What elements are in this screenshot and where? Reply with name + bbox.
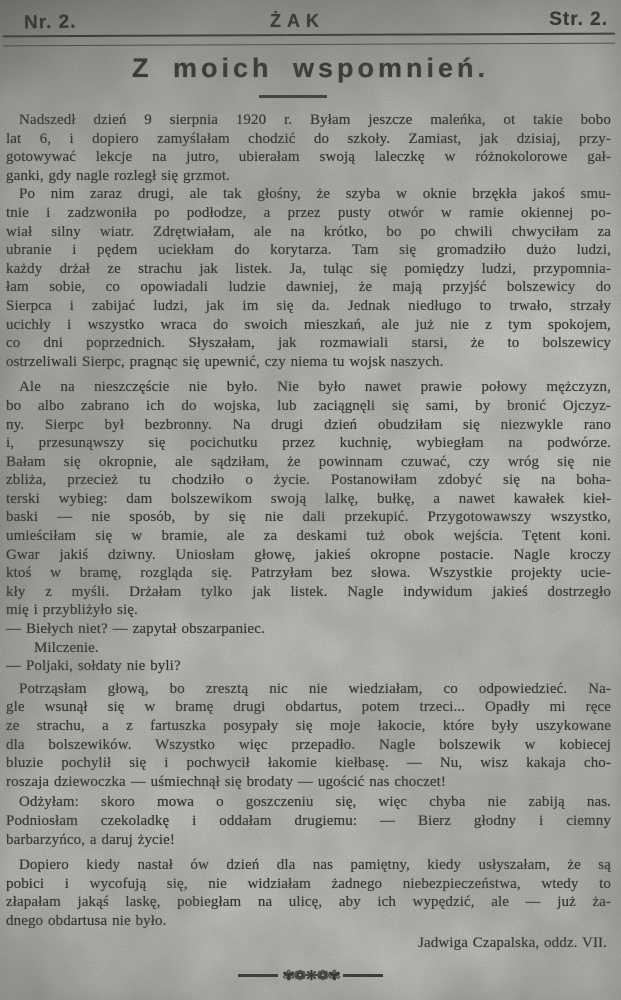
paragraph-line: mię i przybliżyło się. [6,601,611,620]
paragraph-line: ze strachu, a z fartuszka posypały się m… [6,717,611,736]
paragraph-line: Potrząsłam głową, bo zresztą nic nie wie… [6,680,611,699]
paragraph-line: — Poljaki, sołdaty nie byli? [6,657,611,676]
paragraph-line: barbarzyńco, a daruj życie! [6,831,611,850]
paragraph-line: baski — nie sposób, by się nie dali prze… [6,508,611,527]
header-divider [3,33,615,47]
paragraph-line: Bałam się okropnie, ale sądziłam, że pow… [6,453,611,472]
paragraph: Ale na nieszczęście nie było. Nie było n… [6,378,611,620]
ornament-left-dash [238,974,278,977]
paragraph: Po nim zaraz drugi, ale tak głośny, że s… [6,185,611,371]
footer-ornament: ✾❁❋❁✾ [0,966,621,985]
paragraph-line: zbliża, przecież tu chodziło o życie. Po… [6,471,611,490]
paragraph-line: kły z myśli. Drżałam tylko jak listek. N… [6,583,611,602]
paragraph-line: Po nim zaraz drugi, ale tak głośny, że s… [6,185,611,204]
ornament-flourish-icon: ✾❁❋❁✾ [282,967,339,983]
ornament-right-dash [343,974,383,977]
paragraph-line: gle wsunął się w bramę drugi obdartus, p… [6,698,611,717]
paragraph-line: dla bolszewików. Wszystko więc przepadło… [6,736,611,755]
paragraph: Potrząsłam głową, bo zresztą nic nie wie… [6,680,611,792]
paragraph-line: lat 6, i dopiero zamyślałam chodzić do s… [6,130,611,149]
paragraph: Milczenie. [6,639,611,658]
masthead-title: ŻAK [0,11,595,32]
author-signature: Jadwiga Czapalska, oddz. VII. [6,935,611,952]
page-number: Str. 2. [549,9,608,31]
paragraph-line: ktoś w bramę, rozgląda się. Patrzyłam be… [6,564,611,583]
paragraph-line: ganki, gdy nagle rozległ się grzmot. [6,167,611,186]
paragraph-line: dnego obdartusa nie było. [6,912,611,931]
paragraph-line: Podniosłam czekoladkę i oddałam drugiemu… [6,812,611,831]
paragraph: Dopiero kiedy nastał ów dzień dla nas pa… [6,856,611,930]
paragraph-line: Milczenie. [6,639,611,658]
title-underline [259,95,327,98]
paragraph-line: wiał silny wiatr. Zdrętwiałam, ale na kr… [6,223,611,242]
paragraph-line: umieściłam się w bramie, ale za deskami … [6,527,611,546]
paragraph-line: łam sobie, co opowiadali ludzie dawniej,… [6,278,611,297]
scanned-newspaper-page: Nr. 2. ŻAK Str. 2. Z moich wspomnień. Na… [0,0,621,1000]
paragraph-line: co dni poprzednich. Słyszałam, jak rozma… [6,334,611,353]
paragraph-line: bluzie pochylił się i pochwycił łakomie … [6,754,611,773]
paragraph-line: ny. Sierpc był bezbronny. Na drugi dzień… [6,416,611,435]
paragraph-line: i, przesunąwszy się pocichutku przez kuc… [6,434,611,453]
paragraph-line: Gwar jakiś dziwny. Uniosłam głowę, jakie… [6,546,611,565]
paragraph-line: tnie i zadzwoniła po podłodze, a przez p… [6,204,611,223]
paragraph-line: Sierpca i zabijać ludzi, jak im się da. … [6,297,611,316]
paragraph-line: gotowywać lekcje na jutro, ubierałam swo… [6,148,611,167]
paragraph-line: złapałam jakąś laskę, pobiegłam na ulicę… [6,893,611,912]
paragraph-line: Odżyłam: skoro mowa o goszczeniu się, wi… [6,793,611,812]
paragraph-line: — Biełych niet? — zapytał obszarpaniec. [6,620,611,639]
paragraph-line: bo albo zabrano ich do wojska, lub zacią… [6,397,611,416]
paragraph-line: Nadszedł dzień 9 sierpnia 1920 r. Byłam … [6,111,611,130]
paragraph-line: pobici i wycofują się, nie widziałam żad… [6,875,611,894]
paragraph: Odżyłam: skoro mowa o goszczeniu się, wi… [6,793,611,849]
paragraph-line: ubranie i pędem uciekłam do korytarza. T… [6,241,611,260]
article-title: Z moich wspomnień. [0,53,621,84]
paragraph: — Poljaki, sołdaty nie byli? [6,657,611,676]
paragraph-line: terski wybieg: dam bolszewikom swoją lal… [6,490,611,509]
paragraph-line: ucichły i wszystko wraca do swoich miesz… [6,316,611,335]
paragraph-line: Ale na nieszczęście nie było. Nie było n… [6,378,611,397]
paragraph: — Biełych niet? — zapytał obszarpaniec. [6,620,611,639]
paragraph-line: roszaja dziewoczka — uśmiechnął się brod… [6,773,611,792]
article-body: Nadszedł dzień 9 sierpnia 1920 r. Byłam … [6,111,611,952]
paragraph-line: ostrzeliwali Sierpc, pragnąc się upewnić… [6,353,611,372]
paragraph-line: Dopiero kiedy nastał ów dzień dla nas pa… [6,856,611,875]
paragraph-line: każdy drżał ze strachu jak listek. Ja, t… [6,260,611,279]
paragraph: Nadszedł dzień 9 sierpnia 1920 r. Byłam … [6,111,611,185]
